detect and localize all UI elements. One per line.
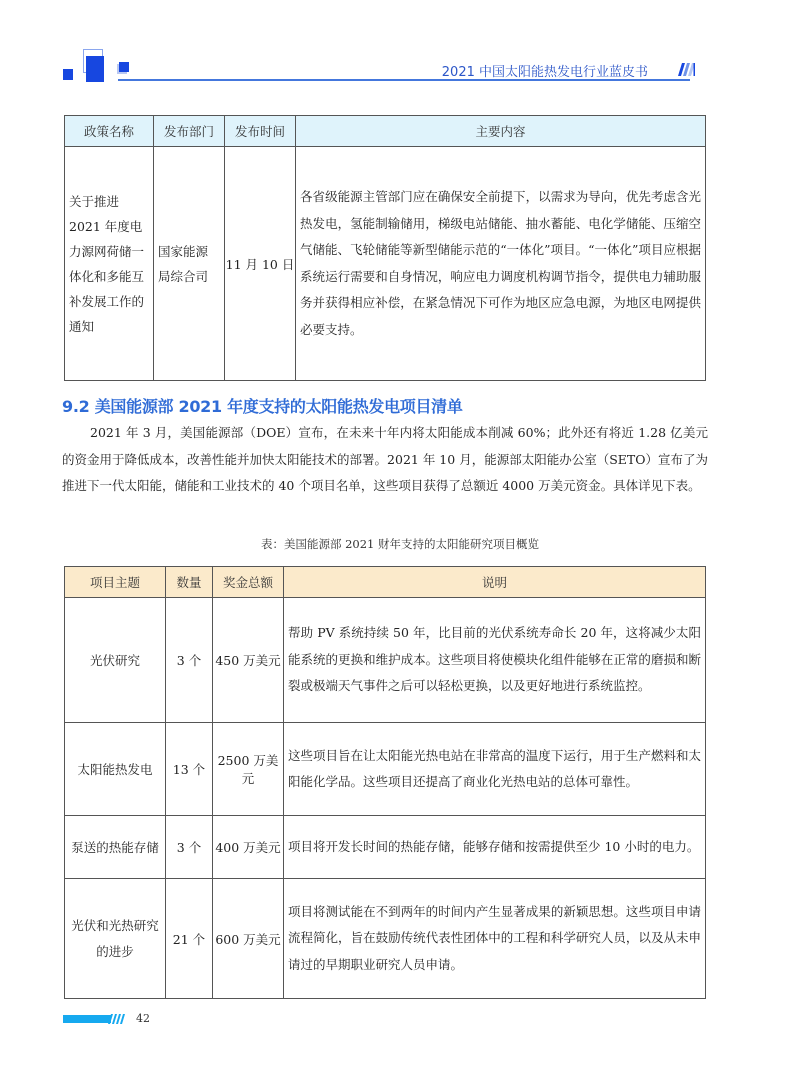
header-description: 说明 bbox=[284, 567, 706, 598]
section-paragraph: 2021 年 3 月，美国能源部（DOE）宣布，在未来十年内将太阳能成本削减 6… bbox=[62, 420, 708, 500]
policy-date: 11 月 10 日 bbox=[225, 147, 296, 381]
table-row: 光伏和光热研究的进步 21 个 600 万美元 项目将测试能在不到两年的时间内产… bbox=[65, 879, 706, 999]
project-description: 帮助 PV 系统持续 50 年，比目前的光伏系统寿命长 20 年，这将减少太阳能… bbox=[284, 598, 706, 723]
table-row: 关于推进 2021 年度电力源网荷储一体化和多能互补发展工作的通知 国家能源局综… bbox=[65, 147, 706, 381]
header-logo-square-large bbox=[86, 56, 104, 82]
page-number: 42 bbox=[136, 1012, 150, 1025]
header-amount: 奖金总额 bbox=[213, 567, 284, 598]
header-date: 发布时间 bbox=[225, 116, 296, 147]
project-count: 13 个 bbox=[166, 723, 213, 816]
project-topic: 光伏研究 bbox=[65, 598, 166, 723]
project-description: 项目将开发长时间的热能存储，能够存储和按需提供至少 10 小时的电力。 bbox=[284, 816, 706, 879]
header-policy-name: 政策名称 bbox=[65, 116, 154, 147]
project-amount: 400 万美元 bbox=[213, 816, 284, 879]
policy-table-header: 政策名称 发布部门 发布时间 主要内容 bbox=[65, 116, 706, 147]
header-department: 发布部门 bbox=[154, 116, 225, 147]
header-topic: 项目主题 bbox=[65, 567, 166, 598]
policy-table: 政策名称 发布部门 发布时间 主要内容 关于推进 2021 年度电力源网荷储一体… bbox=[64, 115, 706, 381]
project-count: 3 个 bbox=[166, 816, 213, 879]
header-logo-square-right bbox=[119, 62, 129, 72]
project-amount: 2500 万美元 bbox=[213, 723, 284, 816]
project-description: 项目将测试能在不到两年的时间内产生显著成果的新颖思想。这些项目申请流程简化，旨在… bbox=[284, 879, 706, 999]
header-logo-square-small bbox=[63, 69, 73, 80]
project-amount: 600 万美元 bbox=[213, 879, 284, 999]
footer-slashes-icon bbox=[108, 1014, 126, 1024]
section-title: 9.2 美国能源部 2021 年度支持的太阳能热发电项目清单 bbox=[62, 394, 463, 417]
header-count: 数量 bbox=[166, 567, 213, 598]
book-title: 2021 中国太阳能热发电行业蓝皮书 bbox=[442, 61, 648, 80]
project-topic: 太阳能热发电 bbox=[65, 723, 166, 816]
table-row: 泵送的热能存储 3 个 400 万美元 项目将开发长时间的热能存储，能够存储和按… bbox=[65, 816, 706, 879]
header-content: 主要内容 bbox=[296, 116, 706, 147]
table-row: 光伏研究 3 个 450 万美元 帮助 PV 系统持续 50 年，比目前的光伏系… bbox=[65, 598, 706, 723]
policy-content: 各省级能源主管部门应在确保安全前提下，以需求为导向，优先考虑含光热发电，氢能制输… bbox=[296, 147, 706, 381]
footer-bar bbox=[63, 1015, 111, 1023]
project-description: 这些项目旨在让太阳能光热电站在非常高的温度下运行，用于生产燃料和太阳能化学品。这… bbox=[284, 723, 706, 816]
table-row: 太阳能热发电 13 个 2500 万美元 这些项目旨在让太阳能光热电站在非常高的… bbox=[65, 723, 706, 816]
policy-department: 国家能源局综合司 bbox=[154, 147, 225, 381]
project-table-header: 项目主题 数量 奖金总额 说明 bbox=[65, 567, 706, 598]
project-amount: 450 万美元 bbox=[213, 598, 284, 723]
project-topic: 泵送的热能存储 bbox=[65, 816, 166, 879]
project-table: 项目主题 数量 奖金总额 说明 光伏研究 3 个 450 万美元 帮助 PV 系… bbox=[64, 566, 706, 999]
project-topic: 光伏和光热研究的进步 bbox=[65, 879, 166, 999]
project-count: 21 个 bbox=[166, 879, 213, 999]
policy-name: 关于推进 2021 年度电力源网荷储一体化和多能互补发展工作的通知 bbox=[65, 147, 154, 381]
table-caption: 表：美国能源部 2021 财年支持的太阳能研究项目概览 bbox=[0, 536, 800, 552]
header-slashes-icon bbox=[675, 63, 695, 76]
project-count: 3 个 bbox=[166, 598, 213, 723]
